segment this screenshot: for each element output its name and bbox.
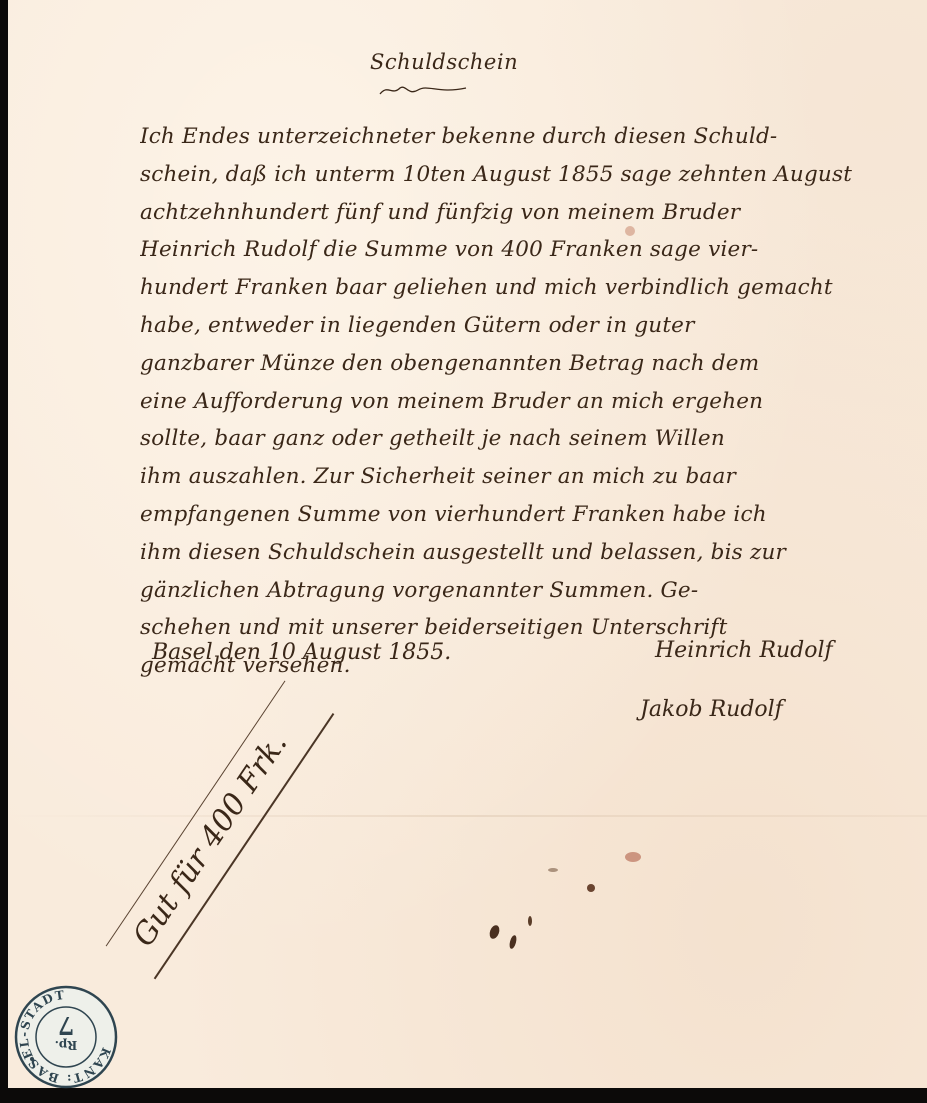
body-line: ihm auszahlen. Zur Sicherheit seiner an … — [140, 458, 920, 496]
body-line: ihm diesen Schuldschein ausgestellt und … — [140, 534, 920, 572]
body-line: habe, entweder in liegenden Gütern oder … — [140, 307, 920, 345]
signature-heinrich-rudolf: Heinrich Rudolf — [655, 638, 833, 663]
body-line: sollte, baar ganz oder getheilt je nach … — [140, 420, 920, 458]
body-line: Ich Endes unterzeichneter bekenne durch … — [140, 118, 920, 156]
body-line: achtzehnhundert fünf und fünfzig von mei… — [140, 194, 920, 232]
ink-spot — [528, 916, 532, 926]
body-line: schein, daß ich unterm 10ten August 1855… — [140, 156, 920, 194]
ink-spot — [548, 868, 558, 872]
revenue-stamp-icon: KANT: BASEL-STADT Rp. 7 — [14, 985, 118, 1089]
document-title: Schuldschein — [370, 50, 518, 74]
place-date: Basel den 10 August 1855. — [152, 640, 451, 665]
body-line: Heinrich Rudolf die Summe von 400 Franke… — [140, 231, 920, 269]
signature-jakob-rudolf: Jakob Rudolf — [640, 697, 783, 722]
body-line: eine Aufforderung von meinem Bruder an m… — [140, 383, 920, 421]
body-line: ganzbarer Münze den obengenannten Betrag… — [140, 345, 920, 383]
title-flourish-icon — [378, 82, 468, 98]
stain-spot — [625, 852, 641, 862]
body-line: hundert Franken baar geliehen und mich v… — [140, 269, 920, 307]
document-body: Ich Endes unterzeichneter bekenne durch … — [140, 118, 920, 685]
ink-spot — [587, 884, 595, 892]
body-line: empfangenen Summe von vierhundert Franke… — [140, 496, 920, 534]
body-line: gänzlichen Abtragung vorgenannter Summen… — [140, 572, 920, 610]
stamp-value: 7 — [58, 1011, 75, 1040]
paper-fold-line — [8, 815, 927, 817]
